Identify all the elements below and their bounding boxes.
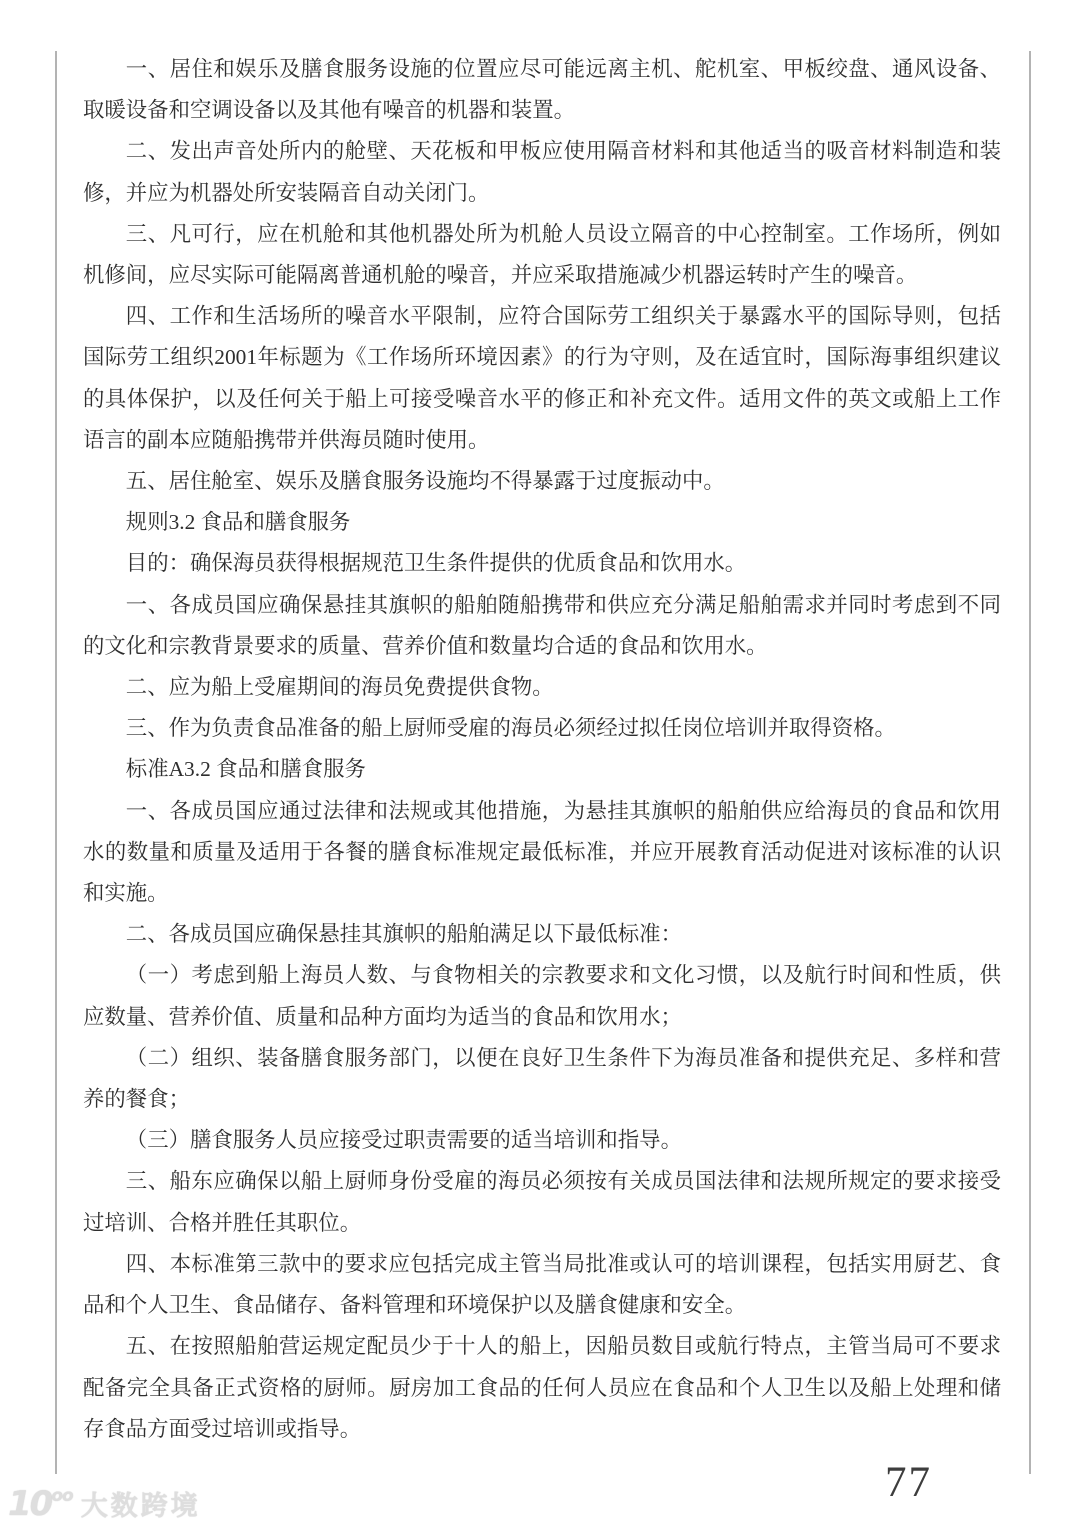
paragraph: 二、各成员国应确保悬挂其旗帜的船舶满足以下最低标准： [83, 914, 1001, 955]
watermark-logo-main: 10 [8, 1484, 51, 1524]
paragraph: 四、本标准第三款中的要求应包括完成主管当局批准或认可的培训课程，包括实用厨艺、食… [83, 1244, 1001, 1326]
paragraph: 二、发出声音处所内的舱壁、天花板和甲板应使用隔音材料和其他适当的吸音材料制造和装… [83, 131, 1001, 213]
paragraph: 五、居住舱室、娱乐及膳食服务设施均不得暴露于过度振动中。 [83, 461, 1001, 502]
watermark: 10oo 大数跨境 [8, 1484, 201, 1523]
paragraph: 五、在按照船舶营运规定配员少于十人的船上，因船员数目或航行特点，主管当局可不要求… [83, 1326, 1001, 1450]
text-body: 一、居住和娱乐及膳食服务设施的位置应尽可能远离主机、舵机室、甲板绞盘、通风设备、… [83, 49, 1001, 1450]
paragraph: 一、居住和娱乐及膳食服务设施的位置应尽可能远离主机、舵机室、甲板绞盘、通风设备、… [83, 49, 1001, 131]
paragraph: 三、作为负责食品准备的船上厨师受雇的海员必须经过拟任岗位培训并取得资格。 [83, 708, 1001, 749]
document-page: 一、居住和娱乐及膳食服务设施的位置应尽可能远离主机、舵机室、甲板绞盘、通风设备、… [0, 0, 1080, 1528]
paragraph: 二、应为船上受雇期间的海员免费提供食物。 [83, 667, 1001, 708]
paragraph: 目的：确保海员获得根据规范卫生条件提供的优质食品和饮用水。 [83, 543, 1001, 584]
watermark-logo-icon: 10oo [8, 1487, 73, 1521]
paragraph: 三、凡可行，应在机舱和其他机器处所为机舱人员设立隔音的中心控制室。工作场所，例如… [83, 214, 1001, 296]
page-border-right [1029, 51, 1031, 1474]
paragraph: 四、工作和生活场所的噪音水平限制，应符合国际劳工组织关于暴露水平的国际导则，包括… [83, 296, 1001, 461]
paragraph: （二）组织、装备膳食服务部门，以便在良好卫生条件下为海员准备和提供充足、多样和营… [83, 1038, 1001, 1120]
paragraph: 规则3.2 食品和膳食服务 [83, 502, 1001, 543]
page-number: 77 [885, 1458, 932, 1507]
watermark-logo-sup: oo [51, 1486, 72, 1506]
paragraph: 三、船东应确保以船上厨师身份受雇的海员必须按有关成员国法律和法规所规定的要求接受… [83, 1161, 1001, 1243]
watermark-text: 大数跨境 [81, 1484, 201, 1523]
paragraph: 一、各成员国应确保悬挂其旗帜的船舶随船携带和供应充分满足船舶需求并同时考虑到不同… [83, 585, 1001, 667]
paragraph: 标准A3.2 食品和膳食服务 [83, 749, 1001, 790]
paragraph: 一、各成员国应通过法律和法规或其他措施，为悬挂其旗帜的船舶供应给海员的食品和饮用… [83, 791, 1001, 915]
page-border-left [55, 51, 57, 1474]
paragraph: （三）膳食服务人员应接受过职责需要的适当培训和指导。 [83, 1120, 1001, 1161]
paragraph: （一）考虑到船上海员人数、与食物相关的宗教要求和文化习惯，以及航行时间和性质，供… [83, 955, 1001, 1037]
